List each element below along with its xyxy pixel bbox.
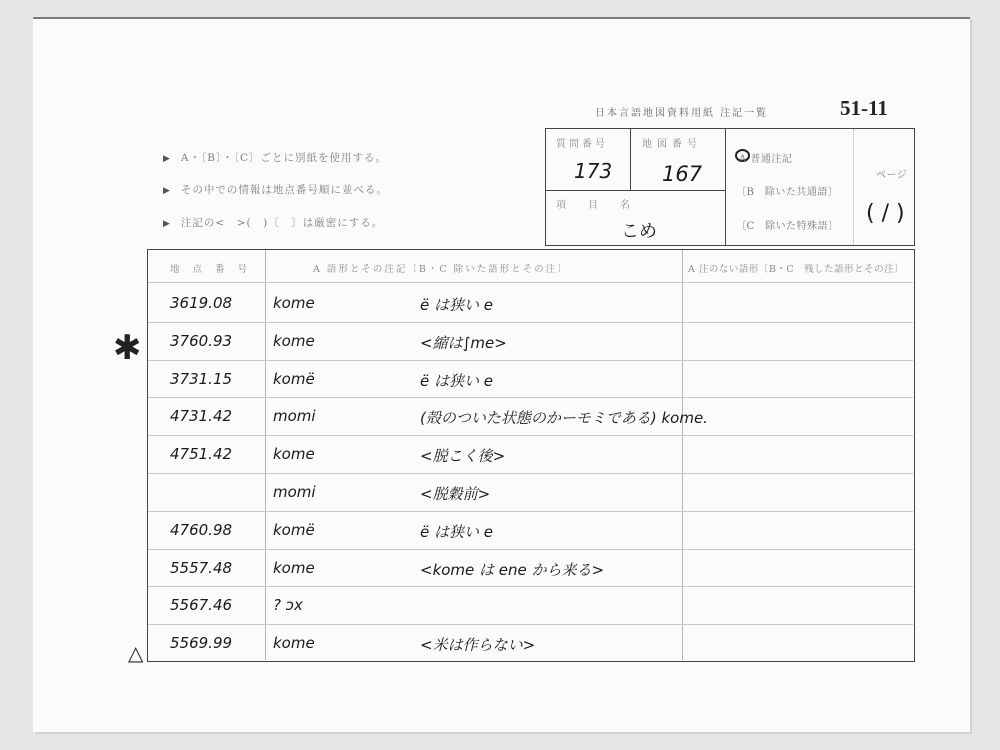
point-number-cell: 3619.08: [170, 294, 232, 312]
note-cell: ë は狭い e: [420, 521, 493, 542]
point-number-cell: 5567.46: [170, 596, 232, 614]
option-a: A 普通注記: [739, 150, 792, 165]
note-cell: <kome は ene から来る>: [420, 559, 604, 580]
triangle-mark: △: [128, 641, 143, 665]
table-row: 3731.15komëë は狭い e: [148, 360, 913, 398]
word-form-cell: komë: [273, 370, 315, 388]
word-form-cell: komë: [273, 521, 315, 539]
word-form-cell: ? ɔx: [273, 596, 303, 614]
instruction-2: ▶その中での情報は地点番号順に並べる。: [163, 182, 388, 197]
asterisk-mark: ✱: [113, 328, 142, 368]
note-cell: (殻のついた状態のかーモミである) kome.: [420, 407, 708, 428]
note-cell: ë は狭い e: [420, 294, 493, 315]
question-number-value: 173: [574, 159, 612, 183]
point-number-cell: 4751.42: [170, 445, 232, 463]
word-form-cell: momi: [273, 483, 316, 501]
instruction-3: ▶注記の< >( )〔 〕は厳密にする。: [163, 215, 383, 230]
table-row: 5569.99kome<米は作らない>: [148, 624, 913, 662]
notes-table: 地 点 番 号 A 語形とその注記〔B・C 除いた語形とその注〕 A 注のない語…: [147, 249, 915, 662]
table-row: 3760.93kome<縮は∫me>: [148, 322, 913, 360]
word-form-cell: kome: [273, 634, 315, 652]
map-number-label: 地図番号: [642, 135, 702, 150]
info-box: 質問番号 173 地図番号 167 項 目 名 こめ A 普通注記 〔B 除いた…: [545, 128, 915, 246]
option-c: 〔C 除いた特殊語〕: [736, 217, 839, 232]
question-number-label: 質問番号: [556, 135, 608, 150]
table-row: 3619.08komeë は狭い e: [148, 284, 913, 322]
table-row: momi<脱穀前>: [148, 473, 913, 511]
page-label: ページ: [876, 166, 907, 181]
point-number-cell: 4760.98: [170, 521, 232, 539]
bullet-triangle-icon: ▶: [163, 219, 171, 229]
item-name-label: 項 目 名: [556, 196, 636, 211]
note-cell: <縮は∫me>: [420, 332, 507, 353]
word-form-cell: kome: [273, 559, 315, 577]
point-number-cell: 4731.42: [170, 407, 232, 425]
word-form-cell: kome: [273, 445, 315, 463]
word-form-cell: kome: [273, 294, 315, 312]
note-cell: <米は作らない>: [420, 634, 535, 655]
note-cell: <脱こく後>: [420, 445, 505, 466]
instruction-1: ▶A・〔B〕・〔C〕ごとに別紙を使用する。: [163, 150, 387, 165]
note-cell: <脱穀前>: [420, 483, 490, 504]
item-name-value: こめ: [621, 217, 657, 243]
word-form-cell: momi: [273, 407, 316, 425]
table-row: 5567.46? ɔx: [148, 586, 913, 624]
table-row: 5557.48kome<kome は ene から来る>: [148, 549, 913, 587]
point-number-cell: 5569.99: [170, 634, 232, 652]
header-form-and-note: A 語形とその注記〔B・C 除いた語形とその注〕: [313, 261, 569, 275]
point-number-cell: 3760.93: [170, 332, 232, 350]
word-form-cell: kome: [273, 332, 315, 350]
table-row: 4751.42kome<脱こく後>: [148, 435, 913, 473]
page-value: ( / ): [866, 201, 905, 226]
header-point-number: 地 点 番 号: [170, 261, 252, 275]
header-no-note-form: A 注のない語形〔B・C 残した語形とその注〕: [688, 261, 904, 275]
form-number: 51-11: [840, 96, 888, 121]
table-row: 4760.98komëë は狭い e: [148, 511, 913, 549]
bullet-triangle-icon: ▶: [163, 154, 171, 164]
note-cell: ë は狭い e: [420, 370, 493, 391]
bullet-triangle-icon: ▶: [163, 186, 171, 196]
option-b: 〔B 除いた共通語〕: [736, 183, 838, 198]
point-number-cell: 3731.15: [170, 370, 232, 388]
table-row: 4731.42momi(殻のついた状態のかーモミである) kome.: [148, 397, 913, 435]
map-number-value: 167: [662, 162, 702, 186]
point-number-cell: 5557.48: [170, 559, 232, 577]
form-title: 日本言語地図資料用紙 注記一覧: [595, 104, 768, 119]
